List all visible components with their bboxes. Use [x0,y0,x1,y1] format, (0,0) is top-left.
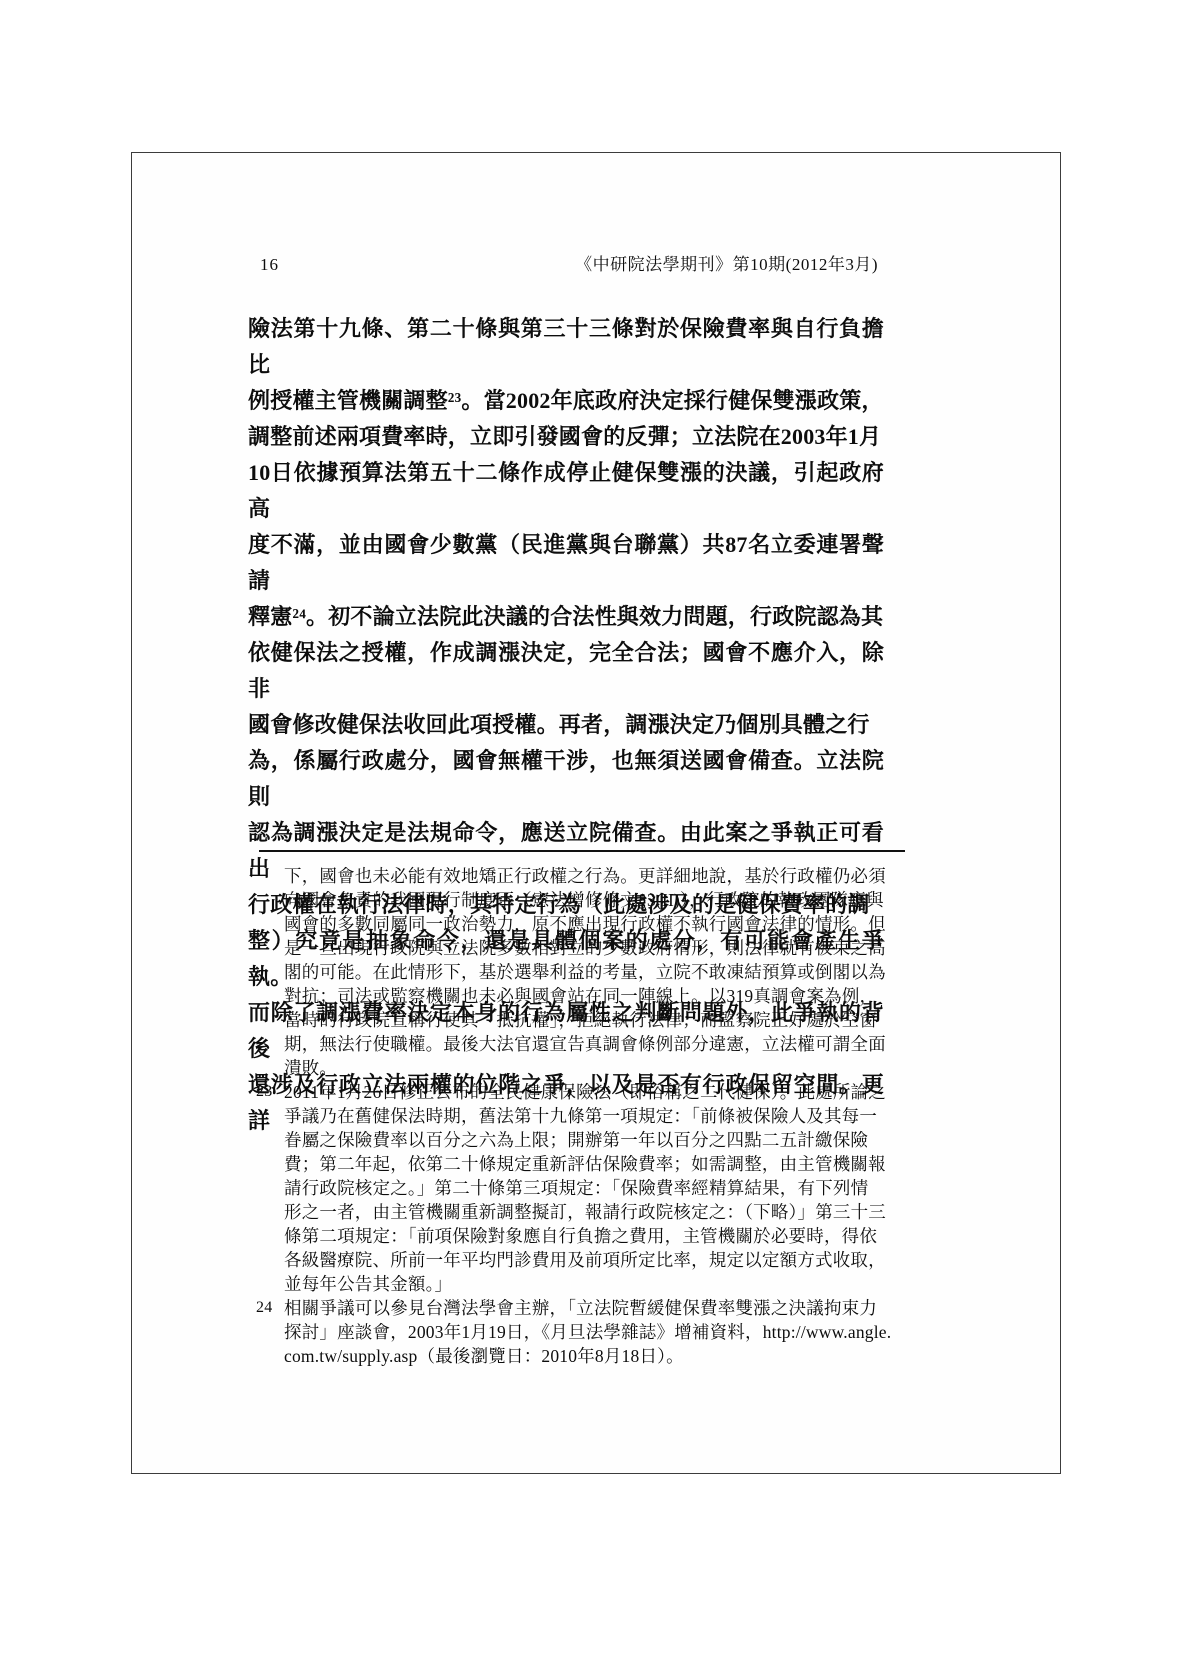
running-header: 16 《中研院法學期刊》第10期(2012年3月) [248,253,878,277]
footnote-separator-rule [259,850,905,852]
footnote-24-text: 相關爭議可以參見台灣法學會主辦，「立法院暫緩健保費率雙漲之決議拘束力 探討」座談… [284,1296,892,1368]
journal-header: 《中研院法學期刊》第10期(2012年3月) [575,253,878,277]
footnote-23-number: 23 [256,1080,284,1104]
document-canvas: 16 《中研院法學期刊》第10期(2012年3月) 險法第十九條、第二十條與第三… [0,0,1177,1664]
page-number: 16 [248,253,279,277]
footnotes-section: 下，國會也未必能有效地矯正行政權之行為。更詳細地說，基於行政權仍必須 向國會負責… [256,864,892,1368]
footnote-24: 24 相關爭議可以參見台灣法學會主辦，「立法院暫緩健保費率雙漲之決議拘束力 探討… [256,1296,892,1368]
footnote-continuation: 下，國會也未必能有效地矯正行政權之行為。更詳細地說，基於行政權仍必須 向國會負責… [284,864,892,1080]
footnote-24-number: 24 [256,1296,284,1320]
footnote-23-text: 2011年1月26日修正公布的全民健康保險法（即俗稱之二代健保）。此處所論之 爭… [284,1080,892,1296]
footnote-23: 23 2011年1月26日修正公布的全民健康保險法（即俗稱之二代健保）。此處所論… [256,1080,892,1296]
page-frame: 16 《中研院法學期刊》第10期(2012年3月) 險法第十九條、第二十條與第三… [131,152,1061,1474]
